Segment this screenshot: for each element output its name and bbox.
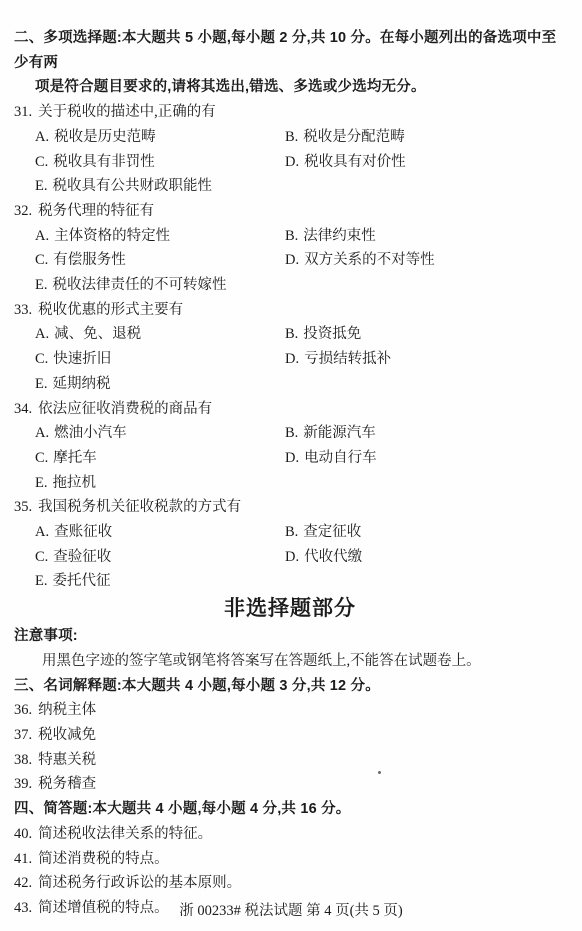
option-label: D.	[285, 252, 299, 268]
option-label: E.	[35, 277, 47, 293]
question-35-option-e: E.委托代征	[35, 569, 566, 594]
question-number: 38.	[14, 752, 32, 768]
question-39: 39.税务稽查	[14, 772, 566, 797]
option-a: A.减、免、退税	[35, 322, 285, 347]
question-number: 40.	[14, 826, 32, 842]
question-number: 42.	[14, 875, 32, 891]
question-number: 36.	[14, 702, 32, 718]
question-number: 39.	[14, 776, 32, 792]
question-number: 37.	[14, 727, 32, 743]
page-footer: 浙 00233# 税法试题 第 4 页(共 5 页)	[0, 901, 582, 921]
option-label: E.	[35, 178, 47, 194]
option-text: 有偿服务性	[53, 252, 126, 268]
option-d: D.亏损结转抵补	[285, 347, 391, 372]
question-text: 我国税务机关征收税款的方式有	[38, 499, 241, 515]
option-text: 快速折旧	[53, 351, 111, 367]
option-label: E.	[35, 376, 47, 392]
non-mc-section-title: 非选择题部分	[14, 594, 566, 624]
option-text: 查验征收	[53, 549, 111, 565]
question-37: 37.税收减免	[14, 723, 566, 748]
option-c: C.查验征收	[35, 545, 285, 570]
option-label: A.	[35, 129, 49, 145]
option-text: 法律约束性	[303, 228, 376, 244]
question-number: 41.	[14, 851, 32, 867]
option-text: 税收具有公共财政职能性	[52, 178, 212, 194]
question-33-options-ab: A.减、免、退税 B.投资抵免	[35, 322, 566, 347]
question-text: 关于税收的描述中,正确的有	[38, 104, 216, 120]
section-2-header-line-2: 项是符合题目要求的,请将其选出,错选、多选或少选均无分。	[35, 75, 566, 100]
option-label: E.	[35, 475, 47, 491]
question-33-option-e: E.延期纳税	[35, 372, 566, 397]
option-label: B.	[285, 425, 298, 441]
question-number: 33.	[14, 302, 32, 318]
option-text: 主体资格的特定性	[54, 228, 170, 244]
option-a: A.主体资格的特定性	[35, 224, 285, 249]
question-32-stem: 32.税务代理的特征有	[14, 199, 566, 224]
option-text: 税收是历史范畴	[54, 129, 156, 145]
question-31-stem: 31.关于税收的描述中,正确的有	[14, 100, 566, 125]
option-label: C.	[35, 450, 48, 466]
option-text: 电动自行车	[304, 450, 377, 466]
question-number: 35.	[14, 499, 32, 515]
question-text: 税收减免	[38, 727, 96, 743]
question-33-options-cd: C.快速折旧 D.亏损结转抵补	[35, 347, 566, 372]
question-text: 依法应征收消费税的商品有	[38, 401, 212, 417]
option-text: 税收法律责任的不可转嫁性	[52, 277, 226, 293]
option-text: 查账征收	[54, 524, 112, 540]
question-text: 特惠关税	[38, 752, 96, 768]
option-label: A.	[35, 326, 49, 342]
option-text: 投资抵免	[303, 326, 361, 342]
question-31-options-cd: C.税收具有非罚性 D.税收具有对价性	[35, 150, 566, 175]
question-text: 纳税主体	[38, 702, 96, 718]
option-text: 摩托车	[53, 450, 97, 466]
scan-artifact-dot	[378, 771, 381, 774]
option-d: D.税收具有对价性	[285, 150, 406, 175]
question-number: 31.	[14, 104, 32, 120]
question-32-options-ab: A.主体资格的特定性 B.法律约束性	[35, 224, 566, 249]
option-label: D.	[285, 154, 299, 170]
option-d: D.代收代缴	[285, 545, 362, 570]
question-32-options-cd: C.有偿服务性 D.双方关系的不对等性	[35, 248, 566, 273]
notes-body: 用黑色字迹的签字笔或钢笔将答案写在答题纸上,不能答在试题卷上。	[42, 649, 566, 674]
question-34-option-e: E.拖拉机	[35, 471, 566, 496]
option-b: B.法律约束性	[285, 224, 376, 249]
option-b: B.投资抵免	[285, 322, 361, 347]
option-text: 拖拉机	[52, 475, 96, 491]
section-2-header-line-1: 二、多项选择题:本大题共 5 小题,每小题 2 分,共 10 分。在每小题列出的…	[14, 26, 566, 75]
option-c: C.税收具有非罚性	[35, 150, 285, 175]
question-text: 税务稽查	[38, 776, 96, 792]
option-label: A.	[35, 425, 49, 441]
option-text: 税收具有对价性	[304, 154, 406, 170]
question-41: 41.简述消费税的特点。	[14, 847, 566, 872]
question-number: 32.	[14, 203, 32, 219]
question-35-options-ab: A.查账征收 B.查定征收	[35, 520, 566, 545]
option-text: 延期纳税	[52, 376, 110, 392]
option-text: 税收具有非罚性	[53, 154, 155, 170]
option-label: B.	[285, 326, 298, 342]
option-c: C.摩托车	[35, 446, 285, 471]
question-35-stem: 35.我国税务机关征收税款的方式有	[14, 495, 566, 520]
option-text: 双方关系的不对等性	[304, 252, 435, 268]
option-text: 委托代征	[52, 573, 110, 589]
question-33-stem: 33.税收优惠的形式主要有	[14, 298, 566, 323]
option-label: B.	[285, 129, 298, 145]
question-34-stem: 34.依法应征收消费税的商品有	[14, 397, 566, 422]
option-label: C.	[35, 549, 48, 565]
option-text: 查定征收	[303, 524, 361, 540]
section-4-header: 四、简答题:本大题共 4 小题,每小题 4 分,共 16 分。	[14, 797, 566, 822]
option-c: C.有偿服务性	[35, 248, 285, 273]
option-a: A.税收是历史范畴	[35, 125, 285, 150]
option-d: D.电动自行车	[285, 446, 377, 471]
question-32-option-e: E.税收法律责任的不可转嫁性	[35, 273, 566, 298]
option-label: B.	[285, 524, 298, 540]
option-text: 代收代缴	[304, 549, 362, 565]
option-label: E.	[35, 573, 47, 589]
option-text: 减、免、退税	[54, 326, 141, 342]
question-35-options-cd: C.查验征收 D.代收代缴	[35, 545, 566, 570]
option-label: C.	[35, 351, 48, 367]
option-b: B.新能源汽车	[285, 421, 376, 446]
option-a: A.查账征收	[35, 520, 285, 545]
exam-page: 二、多项选择题:本大题共 5 小题,每小题 2 分,共 10 分。在每小题列出的…	[0, 0, 582, 931]
option-label: D.	[285, 351, 299, 367]
option-label: B.	[285, 228, 298, 244]
question-number: 34.	[14, 401, 32, 417]
option-label: C.	[35, 154, 48, 170]
option-a: A.燃油小汽车	[35, 421, 285, 446]
option-text: 燃油小汽车	[54, 425, 127, 441]
option-label: C.	[35, 252, 48, 268]
option-text: 亏损结转抵补	[304, 351, 391, 367]
option-text: 新能源汽车	[303, 425, 376, 441]
question-31-option-e: E.税收具有公共财政职能性	[35, 174, 566, 199]
option-label: A.	[35, 524, 49, 540]
question-34-options-cd: C.摩托车 D.电动自行车	[35, 446, 566, 471]
question-34-options-ab: A.燃油小汽车 B.新能源汽车	[35, 421, 566, 446]
question-text: 税务代理的特征有	[38, 203, 154, 219]
option-d: D.双方关系的不对等性	[285, 248, 435, 273]
question-31-options-ab: A.税收是历史范畴 B.税收是分配范畴	[35, 125, 566, 150]
option-b: B.查定征收	[285, 520, 361, 545]
question-text: 简述税收法律关系的特征。	[38, 826, 212, 842]
question-36: 36.纳税主体	[14, 698, 566, 723]
question-text: 简述消费税的特点。	[38, 851, 169, 867]
option-label: D.	[285, 450, 299, 466]
option-c: C.快速折旧	[35, 347, 285, 372]
option-label: A.	[35, 228, 49, 244]
question-text: 税收优惠的形式主要有	[38, 302, 183, 318]
notes-title: 注意事项:	[14, 624, 566, 649]
question-40: 40.简述税收法律关系的特征。	[14, 822, 566, 847]
section-3-header: 三、名词解释题:本大题共 4 小题,每小题 3 分,共 12 分。	[14, 674, 566, 699]
option-b: B.税收是分配范畴	[285, 125, 405, 150]
option-text: 税收是分配范畴	[303, 129, 405, 145]
question-text: 简述税务行政诉讼的基本原则。	[38, 875, 241, 891]
question-42: 42.简述税务行政诉讼的基本原则。	[14, 871, 566, 896]
question-38: 38.特惠关税	[14, 748, 566, 773]
option-label: D.	[285, 549, 299, 565]
